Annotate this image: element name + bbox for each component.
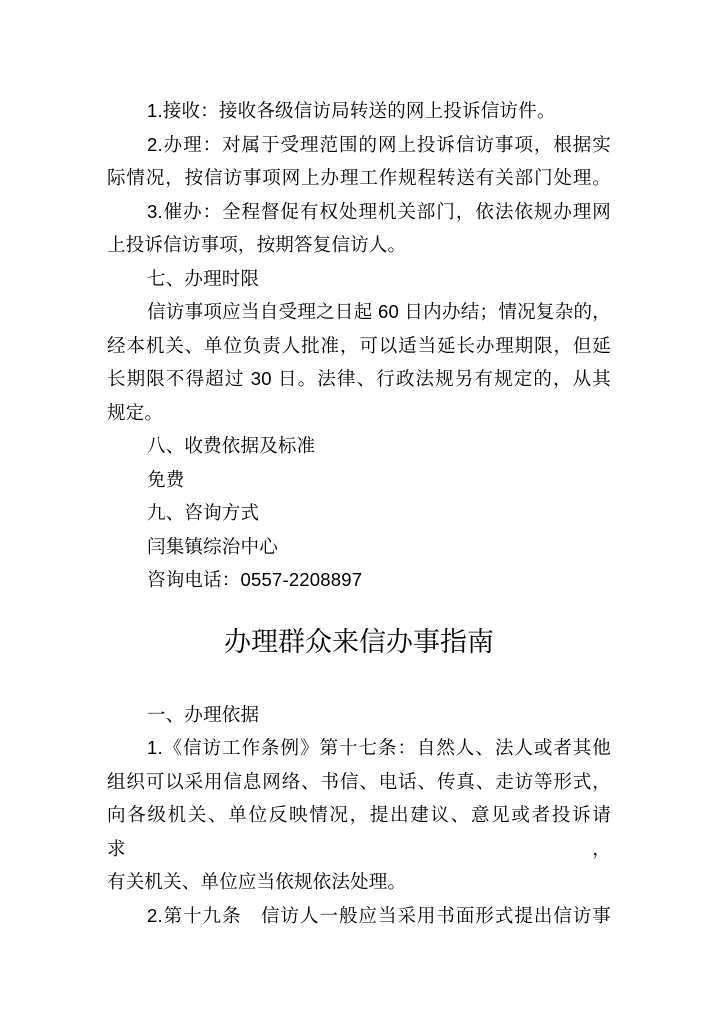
doc-line: 闫集镇综治中心	[107, 530, 611, 564]
doc-line: 长期限不得超过 30 日。法律、行政法规另有规定的，从其	[107, 362, 611, 396]
doc-section-bottom: 一、办理依据1.《信访工作条例》第十七条：自然人、法人或者其他组织可以采用信息网…	[107, 698, 611, 933]
doc-line: 向各级机关、单位反映情况，提出建议、意见或者投诉请求，	[107, 798, 611, 865]
document-title: 办理群众来信办事指南	[107, 619, 611, 665]
doc-line: 3.催办：全程督促有权处理机关部门，依法依规办理网	[107, 195, 611, 229]
doc-line: 八、收费依据及标准	[107, 429, 611, 463]
doc-line: 1.接收：接收各级信访局转送的网上投诉信访件。	[107, 94, 611, 128]
doc-line: 1.《信访工作条例》第十七条：自然人、法人或者其他	[107, 731, 611, 765]
doc-line: 2.办理：对属于受理范围的网上投诉信访事项，根据实	[107, 128, 611, 162]
doc-line: 有关机关、单位应当依规依法处理。	[107, 865, 611, 899]
doc-line: 经本机关、单位负责人批准，可以适当延长办理期限，但延	[107, 329, 611, 363]
doc-line: 一、办理依据	[107, 698, 611, 732]
doc-line: 咨询电话：0557-2208897	[107, 563, 611, 597]
doc-line: 际情况，按信访事项网上办理工作规程转送有关部门处理。	[107, 161, 611, 195]
document-page: 1.接收：接收各级信访局转送的网上投诉信访件。2.办理：对属于受理范围的网上投诉…	[0, 0, 715, 1011]
doc-line: 组织可以采用信息网络、书信、电话、传真、走访等形式，	[107, 765, 611, 799]
doc-line: 规定。	[107, 396, 611, 430]
doc-line: 上投诉信访事项，按期答复信访人。	[107, 228, 611, 262]
doc-line: 七、办理时限	[107, 262, 611, 296]
doc-section-top: 1.接收：接收各级信访局转送的网上投诉信访件。2.办理：对属于受理范围的网上投诉…	[107, 94, 611, 597]
doc-line: 信访事项应当自受理之日起 60 日内办结；情况复杂的，	[107, 295, 611, 329]
doc-line: 九、咨询方式	[107, 496, 611, 530]
doc-line: 免费	[107, 463, 611, 497]
doc-line: 2.第十九条 信访人一般应当采用书面形式提出信访事	[107, 899, 611, 933]
